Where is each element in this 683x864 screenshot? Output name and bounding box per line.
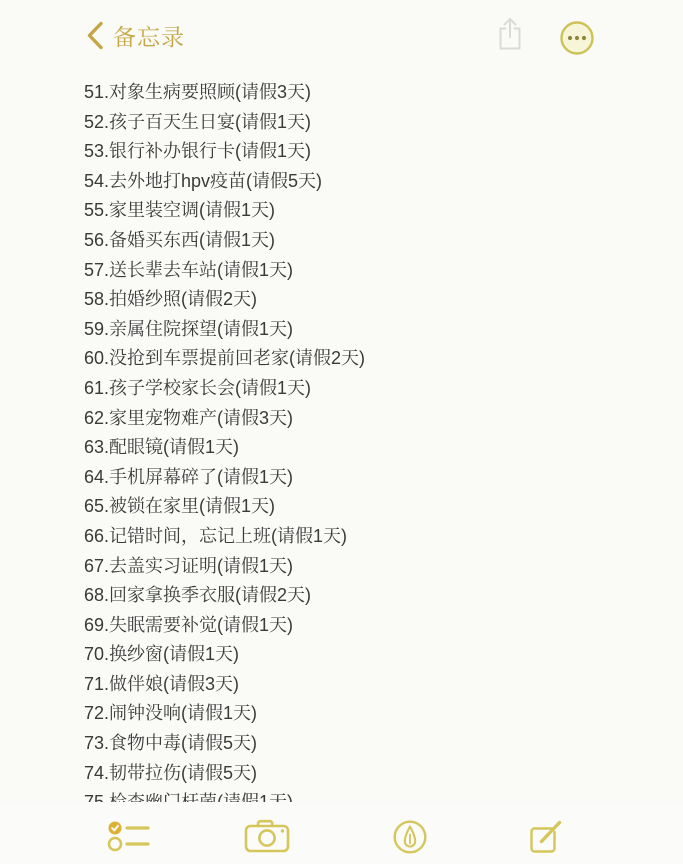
note-line: 68.回家拿换季衣服(请假2天)	[84, 581, 663, 611]
checklist-button[interactable]	[107, 819, 153, 853]
ellipsis-circle-icon	[559, 20, 595, 56]
share-button[interactable]	[496, 16, 524, 54]
note-line: 66.记错时间，忘记上班(请假1天)	[84, 522, 663, 552]
note-line: 63.配眼镜(请假1天)	[84, 433, 663, 463]
note-line: 54.去外地打hpv疫苗(请假5天)	[84, 167, 663, 197]
markup-button[interactable]	[392, 819, 428, 855]
note-line: 51.对象生病要照顾(请假3天)	[84, 78, 663, 108]
checklist-icon	[107, 819, 153, 853]
note-line: 58.拍婚纱照(请假2天)	[84, 285, 663, 315]
note-line: 70.换纱窗(请假1天)	[84, 640, 663, 670]
compose-icon	[528, 819, 564, 855]
bottom-toolbar	[0, 802, 683, 864]
more-button[interactable]	[559, 20, 595, 59]
chevron-left-icon	[86, 21, 104, 50]
note-line: 60.没抢到车票提前回老家(请假2天)	[84, 344, 663, 374]
note-line: 61.孩子学校家长会(请假1天)	[84, 374, 663, 404]
note-line: 62.家里宠物难产(请假3天)	[84, 404, 663, 434]
note-line: 67.去盖实习证明(请假1天)	[84, 552, 663, 582]
note-line: 71.做伴娘(请假3天)	[84, 670, 663, 700]
camera-button[interactable]	[244, 819, 290, 853]
note-line: 74.韧带拉伤(请假5天)	[84, 759, 663, 789]
note-line: 52.孩子百天生日宴(请假1天)	[84, 108, 663, 138]
nav-bar: 备忘录	[0, 0, 683, 66]
notes-app-screen: 备忘录	[0, 0, 683, 864]
camera-icon	[244, 819, 290, 853]
note-line: 69.失眠需要补觉(请假1天)	[84, 611, 663, 641]
note-line: 64.手机屏幕碎了(请假1天)	[84, 463, 663, 493]
note-line: 59.亲属住院探望(请假1天)	[84, 315, 663, 345]
back-label: 备忘录	[113, 19, 185, 52]
back-button[interactable]: 备忘录	[86, 19, 185, 52]
note-line: 73.食物中毒(请假5天)	[84, 729, 663, 759]
note-line: 56.备婚买东西(请假1天)	[84, 226, 663, 256]
markup-pen-icon	[392, 819, 428, 855]
note-line: 53.银行补办银行卡(请假1天)	[84, 137, 663, 167]
note-line: 72.闹钟没响(请假1天)	[84, 699, 663, 729]
compose-button[interactable]	[528, 819, 564, 855]
note-line: 57.送长辈去车站(请假1天)	[84, 256, 663, 286]
note-body[interactable]: 51.对象生病要照顾(请假3天) 52.孩子百天生日宴(请假1天) 53.银行补…	[84, 78, 663, 818]
note-line: 55.家里装空调(请假1天)	[84, 196, 663, 226]
note-line: 65.被锁在家里(请假1天)	[84, 492, 663, 522]
share-icon	[496, 16, 524, 51]
